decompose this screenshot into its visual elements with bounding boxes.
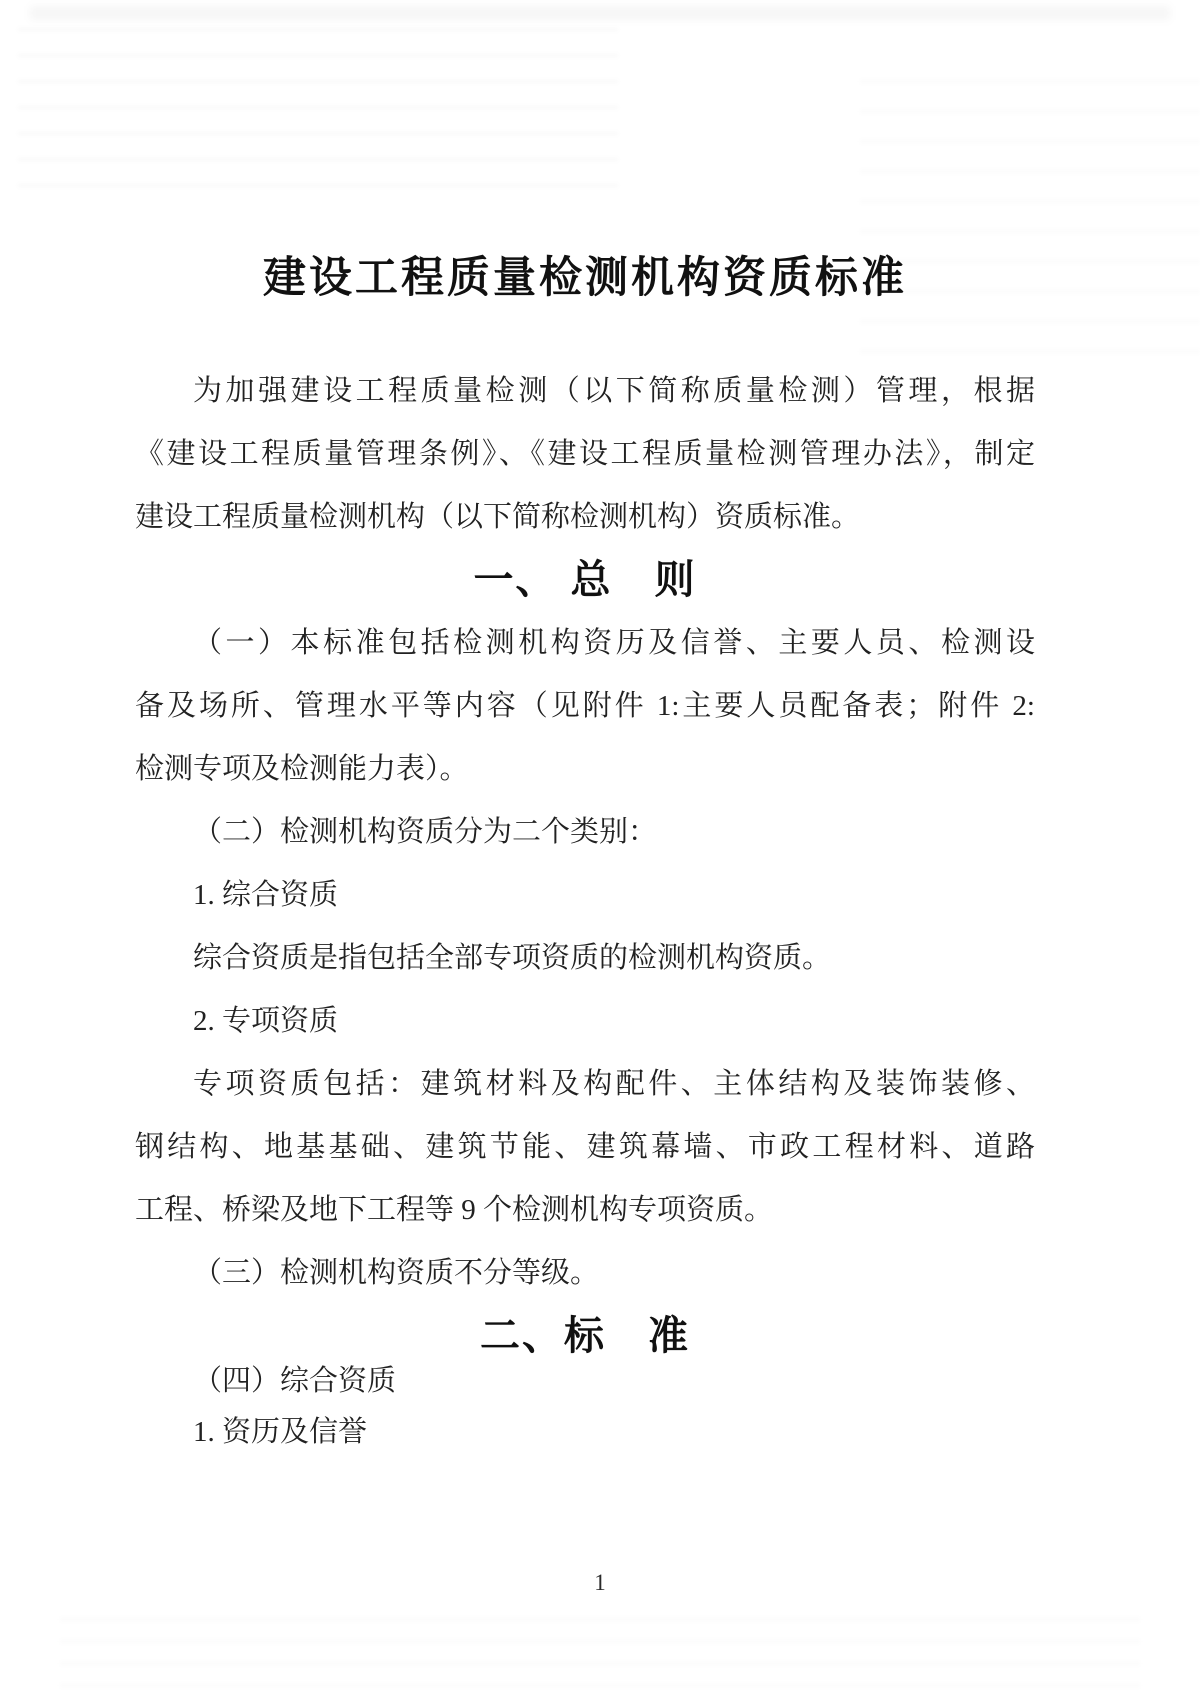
body-line: 1. 综合资质	[135, 864, 1035, 927]
text-block: 建设工程质量检测机构资质标准 为加强建设工程质量检测（以下简称质量检测）管理，根…	[135, 0, 1035, 1464]
body-line: 钢结构、地基基础、建筑节能、建筑幕墙、市政工程材料、道路	[135, 1116, 1035, 1179]
body-line: 专项资质包括：建筑材料及构配件、主体结构及装饰装修、	[135, 1053, 1035, 1116]
body-line: 备及场所、管理水平等内容（见附件 1:主要人员配备表；附件 2:	[135, 675, 1035, 738]
body-line: 综合资质是指包括全部专项资质的检测机构资质。	[135, 927, 1035, 990]
body-line: 检测专项及检测能力表）。	[135, 738, 1035, 801]
document-page: 建设工程质量检测机构资质标准 为加强建设工程质量检测（以下简称质量检测）管理，根…	[0, 0, 1200, 1696]
intro-line: 《建设工程质量管理条例》、《建设工程质量检测管理办法》，制定	[135, 423, 1035, 486]
body-line: 工程、桥梁及地下工程等 9 个检测机构专项资质。	[135, 1179, 1035, 1242]
document-title: 建设工程质量检测机构资质标准	[135, 240, 1035, 316]
section-heading-general: 一、 总 则	[135, 549, 1035, 612]
intro-line: 建设工程质量检测机构（以下简称检测机构）资质标准。	[135, 486, 1035, 549]
body-line: （三）检测机构资质不分等级。	[135, 1242, 1035, 1305]
page-number: 1	[0, 1568, 1200, 1598]
intro-line: 为加强建设工程质量检测（以下简称质量检测）管理，根据	[135, 360, 1035, 423]
body-line: （二）检测机构资质分为二个类别：	[135, 801, 1035, 864]
body-line: （一）本标准包括检测机构资历及信誉、主要人员、检测设	[135, 612, 1035, 675]
body-line: 2. 专项资质	[135, 990, 1035, 1053]
body-line: 1. 资历及信誉	[135, 1401, 1035, 1464]
scan-artifact-bottom	[60, 1618, 1140, 1688]
